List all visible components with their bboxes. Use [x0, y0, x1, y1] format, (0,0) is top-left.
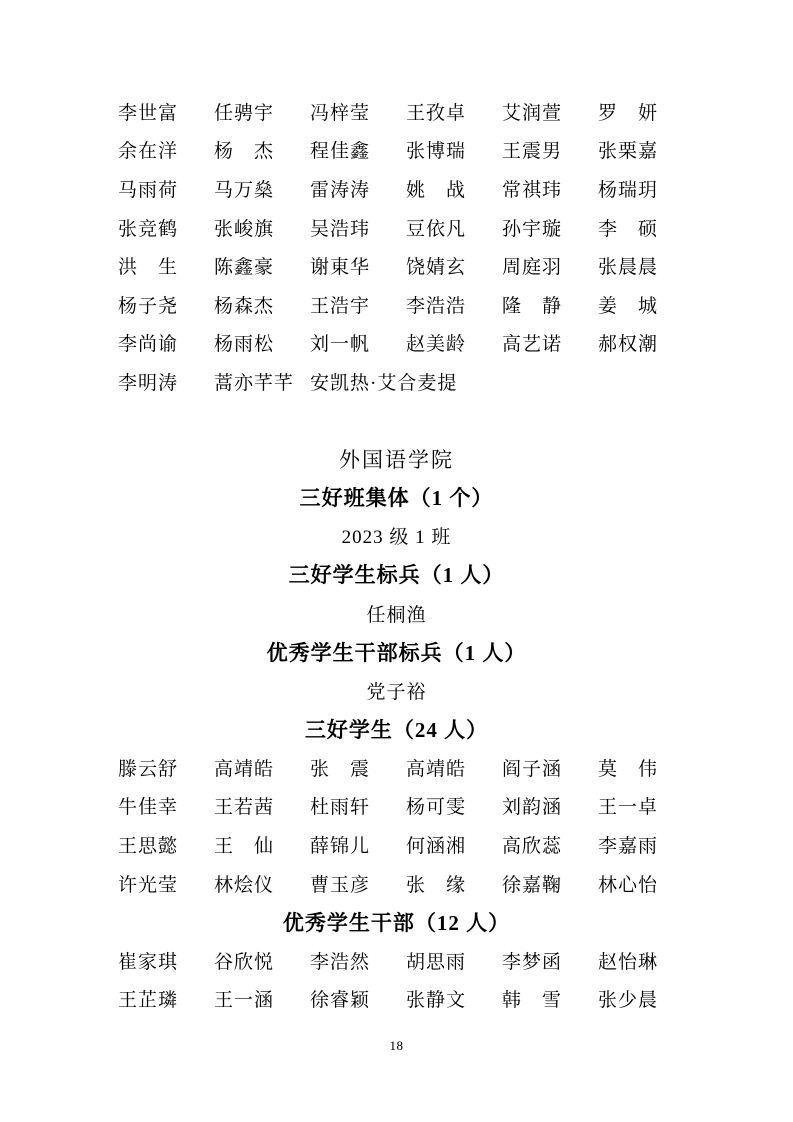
- student-name: 冯梓莹: [310, 98, 406, 125]
- student-name: 林烩仪: [214, 870, 310, 897]
- student-name: 杨瑞玥: [598, 175, 694, 202]
- student-name: 崔家琪: [118, 947, 214, 974]
- section-heading-model-students: 三好学生（24 人）: [0, 710, 793, 749]
- student-name: 李世富: [118, 98, 214, 125]
- student-name: 许光莹: [118, 870, 214, 897]
- student-name: 杨森杰: [214, 291, 310, 318]
- student-name: 张竞鹤: [118, 214, 214, 241]
- student-name: 胡思雨: [406, 947, 502, 974]
- student-name: 高靖皓: [406, 754, 502, 781]
- student-name: 程佳鑫: [310, 136, 406, 163]
- student-name: 谷欣悦: [214, 947, 310, 974]
- student-name: 谢東华: [310, 252, 406, 279]
- college-title: 外国语学院: [0, 439, 793, 478]
- student-name: 张少晨: [598, 985, 694, 1012]
- document-body: 李世富任骋宇冯梓莹王孜卓艾润萱罗 妍余在洋杨 杰程佳鑫张博瑞王震男张栗嘉马雨荷马…: [0, 0, 793, 1018]
- student-name: 艾润萱: [502, 98, 598, 125]
- student-name: 蒿亦芊芊: [214, 368, 310, 395]
- student-name: 饶婧玄: [406, 252, 502, 279]
- student-name: 曹玉彦: [310, 870, 406, 897]
- student-name: 王思懿: [118, 831, 214, 858]
- student-name: 常祺玮: [502, 175, 598, 202]
- student-name: 周庭羽: [502, 252, 598, 279]
- student-name: 安凯热·艾合麦提: [310, 368, 406, 395]
- student-name: 李尚谕: [118, 329, 214, 356]
- student-name: 王一涵: [214, 985, 310, 1012]
- student-name: 韩 雪: [502, 985, 598, 1012]
- student-name: 张栗嘉: [598, 136, 694, 163]
- student-name: 罗 妍: [598, 98, 694, 125]
- section-heading-cadre-pacesetter: 优秀学生干部标兵（1 人）: [0, 632, 793, 671]
- student-name: 杨 杰: [214, 136, 310, 163]
- student-name: 薛锦儿: [310, 831, 406, 858]
- student-name: 洪 生: [118, 252, 214, 279]
- student-name: 徐睿颖: [310, 985, 406, 1012]
- student-name: 张晨晨: [598, 252, 694, 279]
- student-name: 郝权潮: [598, 329, 694, 356]
- student-name: 高艺诺: [502, 329, 598, 356]
- student-name: 陈鑫豪: [214, 252, 310, 279]
- student-name: 高靖皓: [214, 754, 310, 781]
- student-name: 刘韵涵: [502, 792, 598, 819]
- student-name: 王震男: [502, 136, 598, 163]
- section-heading-outstanding-cadres: 优秀学生干部（12 人）: [0, 902, 793, 941]
- student-name: 杜雨轩: [310, 792, 406, 819]
- section-heading-model-student-pacesetter: 三好学生标兵（1 人）: [0, 555, 793, 594]
- student-name: 张 缘: [406, 870, 502, 897]
- student-name: 王 仙: [214, 831, 310, 858]
- student-name: 马万燊: [214, 175, 310, 202]
- student-name: 张峻旗: [214, 214, 310, 241]
- student-name: 张博瑞: [406, 136, 502, 163]
- student-name: 赵美龄: [406, 329, 502, 356]
- student-name: 王孜卓: [406, 98, 502, 125]
- model-student-pacesetter-name: 任桐渔: [0, 594, 793, 633]
- student-name: 吴浩玮: [310, 214, 406, 241]
- section-heading-class-collective: 三好班集体（1 个）: [0, 478, 793, 517]
- student-name: 李梦函: [502, 947, 598, 974]
- student-name: 李浩然: [310, 947, 406, 974]
- student-name: 张静文: [406, 985, 502, 1012]
- page-number: 18: [0, 1038, 793, 1054]
- student-name: 牛佳幸: [118, 792, 214, 819]
- student-name: 豆依凡: [406, 214, 502, 241]
- student-name: 莫 伟: [598, 754, 694, 781]
- student-name: 阎子涵: [502, 754, 598, 781]
- spacer: [0, 401, 793, 440]
- student-name: 李 硕: [598, 214, 694, 241]
- student-name: 李嘉雨: [598, 831, 694, 858]
- student-name: 张 震: [310, 754, 406, 781]
- student-name: 隆 静: [502, 291, 598, 318]
- student-name: 杨可雯: [406, 792, 502, 819]
- outstanding-cadres-name-grid: 崔家琪谷欣悦李浩然胡思雨李梦函赵怡琳王芷璘王一涵徐睿颖张静文韩 雪张少晨: [118, 941, 793, 1018]
- student-name: 任骋宇: [214, 98, 310, 125]
- student-name: 孙宇璇: [502, 214, 598, 241]
- student-name: 李明涛: [118, 368, 214, 395]
- student-name: 王一卓: [598, 792, 694, 819]
- class-collective-name: 2023 级 1 班: [0, 517, 793, 556]
- model-students-name-grid: 滕云舒高靖皓张 震高靖皓阎子涵莫 伟牛佳幸王若茜杜雨轩杨可雯刘韵涵王一卓王思懿王…: [118, 748, 793, 902]
- overflow-name-grid: 李世富任骋宇冯梓莹王孜卓艾润萱罗 妍余在洋杨 杰程佳鑫张博瑞王震男张栗嘉马雨荷马…: [118, 92, 793, 401]
- document-page: 李世富任骋宇冯梓莹王孜卓艾润萱罗 妍余在洋杨 杰程佳鑫张博瑞王震男张栗嘉马雨荷马…: [0, 0, 793, 1122]
- student-name: 赵怡琳: [598, 947, 694, 974]
- student-name: 姚 战: [406, 175, 502, 202]
- student-name: 何涵湘: [406, 831, 502, 858]
- student-name: 杨子尧: [118, 291, 214, 318]
- student-name: 雷涛涛: [310, 175, 406, 202]
- student-name: 高欣蕊: [502, 831, 598, 858]
- student-name: 林心怡: [598, 870, 694, 897]
- student-name: 徐嘉鞠: [502, 870, 598, 897]
- student-name: 王芷璘: [118, 985, 214, 1012]
- student-name: 滕云舒: [118, 754, 214, 781]
- student-name: 马雨荷: [118, 175, 214, 202]
- student-name: 杨雨松: [214, 329, 310, 356]
- student-name: 王浩宇: [310, 291, 406, 318]
- student-name: 刘一帆: [310, 329, 406, 356]
- student-name: 王若茜: [214, 792, 310, 819]
- cadre-pacesetter-name: 党子裕: [0, 671, 793, 710]
- student-name: 余在洋: [118, 136, 214, 163]
- student-name: 李浩浩: [406, 291, 502, 318]
- student-name: 姜 城: [598, 291, 694, 318]
